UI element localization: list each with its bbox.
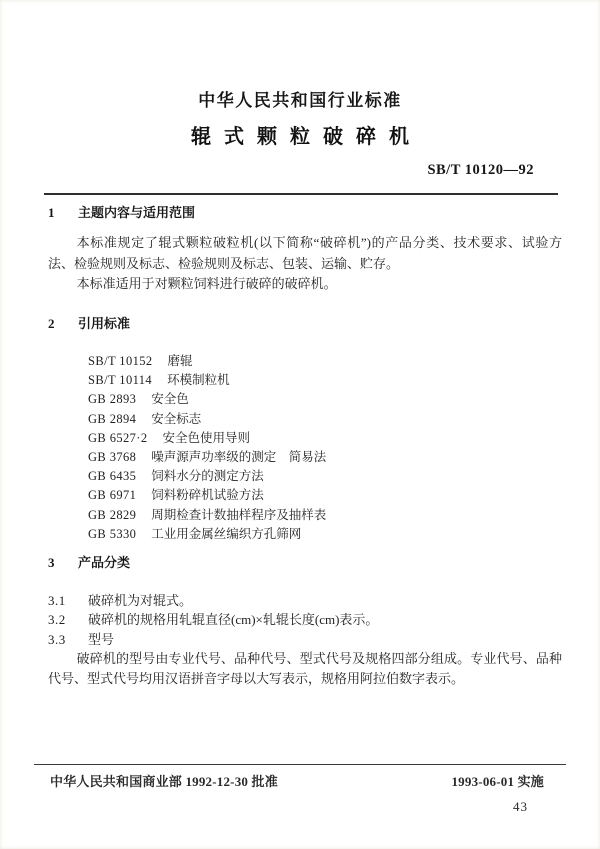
clause-list: 3.1破碎机为对辊式。 3.2破碎机的规格用轧辊直径(cm)×轧辊长度(cm)表… [48, 591, 562, 649]
section-scope-heading: 1主题内容与适用范围 [48, 205, 562, 220]
clause-number: 3.2 [48, 610, 88, 629]
section-scope: 1主题内容与适用范围 本标准规定了辊式颗粒破粒机(以下简称“破碎机”)的产品分类… [48, 205, 562, 295]
reference-name: 安全色使用导则 [163, 431, 251, 445]
scope-paragraph: 本标准适用于对颗粒饲料进行破碎的破碎机。 [48, 274, 562, 295]
reference-name: 安全色 [151, 392, 189, 406]
section-number: 2 [48, 316, 62, 331]
reference-item: GB 6527·2安全色使用导则 [88, 429, 562, 448]
clause: 3.2破碎机的规格用轧辊直径(cm)×轧辊长度(cm)表示。 [48, 610, 562, 629]
reference-item: GB 2894安全标志 [88, 410, 562, 429]
reference-name: 周期检查计数抽样程序及抽样表 [151, 508, 326, 522]
document-page: 中华人民共和国行业标准 辊式颗粒破碎机 SB/T 10120—92 1主题内容与… [0, 0, 600, 849]
implementation-note: 1993-06-01 实施 [451, 771, 544, 790]
reference-code: GB 2829 [88, 508, 136, 522]
section-classification: 3产品分类 3.1破碎机为对辊式。 3.2破碎机的规格用轧辊直径(cm)×轧辊长… [48, 555, 562, 690]
section-references-heading: 2引用标准 [48, 316, 562, 331]
reference-item: SB/T 10114环模制粒机 [88, 371, 562, 390]
reference-name: 环模制粒机 [167, 373, 230, 387]
reference-name: 安全标志 [151, 412, 201, 426]
reference-item: GB 6435饲料水分的测定方法 [88, 467, 562, 486]
clause-number: 3.1 [48, 591, 88, 610]
reference-code: SB/T 10152 [88, 354, 153, 368]
reference-code: GB 2894 [88, 412, 136, 426]
clause: 3.3型号 [48, 630, 562, 649]
section-scope-body: 本标准规定了辊式颗粒破粒机(以下简称“破碎机”)的产品分类、技术要求、试验方法、… [48, 233, 562, 295]
reference-item: GB 2893安全色 [88, 390, 562, 409]
reference-code: GB 6527·2 [88, 431, 148, 445]
reference-item: SB/T 10152磨辊 [88, 352, 562, 371]
approval-note: 中华人民共和国商业部 1992-12-30 批准 [50, 771, 278, 790]
clause: 3.1破碎机为对辊式。 [48, 591, 562, 610]
reference-code: GB 6435 [88, 469, 136, 483]
reference-code: GB 3768 [88, 450, 136, 464]
classification-paragraph: 破碎机的型号由专业代号、品种代号、型式代号及规格四部分组成。专业代号、品种代号、… [48, 649, 562, 690]
reference-code: SB/T 10114 [88, 373, 152, 387]
reference-item: GB 5330工业用金属丝编织方孔筛网 [88, 525, 562, 544]
footer-rule [34, 764, 566, 765]
clause-number: 3.3 [48, 630, 88, 649]
reference-item: GB 2829周期检查计数抽样程序及抽样表 [88, 506, 562, 525]
reference-code: GB 5330 [88, 527, 136, 541]
section-title: 主题内容与适用范围 [78, 205, 195, 220]
reference-list: SB/T 10152磨辊 SB/T 10114环模制粒机 GB 2893安全色 … [88, 352, 562, 544]
reference-name: 饲料水分的测定方法 [151, 469, 264, 483]
header-rule [44, 193, 558, 195]
reference-name: 饲料粉碎机试验方法 [151, 488, 264, 502]
reference-item: GB 3768噪声源声功率级的测定 简易法 [88, 448, 562, 467]
section-number: 1 [48, 205, 62, 220]
section-title: 产品分类 [78, 555, 130, 570]
standard-number: SB/T 10120—92 [427, 162, 534, 179]
section-references: 2引用标准 SB/T 10152磨辊 SB/T 10114环模制粒机 GB 28… [48, 316, 562, 544]
reference-name: 磨辊 [168, 354, 193, 368]
reference-code: GB 6971 [88, 488, 136, 502]
page-number: 43 [513, 799, 528, 815]
section-title: 引用标准 [78, 316, 130, 331]
document-title: 辊式颗粒破碎机 [0, 120, 600, 149]
clause-text: 破碎机的规格用轧辊直径(cm)×轧辊长度(cm)表示。 [88, 612, 378, 627]
standard-class-label: 中华人民共和国行业标准 [0, 86, 600, 111]
section-number: 3 [48, 555, 62, 570]
scope-paragraph: 本标准规定了辊式颗粒破粒机(以下简称“破碎机”)的产品分类、技术要求、试验方法、… [48, 233, 562, 274]
reference-item: GB 6971饲料粉碎机试验方法 [88, 486, 562, 505]
clause-text: 破碎机为对辊式。 [88, 593, 192, 608]
reference-name: 工业用金属丝编织方孔筛网 [151, 527, 301, 541]
reference-code: GB 2893 [88, 392, 136, 406]
section-classification-heading: 3产品分类 [48, 555, 562, 570]
footer: 中华人民共和国商业部 1992-12-30 批准 1993-06-01 实施 [50, 771, 544, 790]
reference-name: 噪声源声功率级的测定 简易法 [151, 450, 326, 464]
clause-text: 型号 [88, 632, 114, 647]
